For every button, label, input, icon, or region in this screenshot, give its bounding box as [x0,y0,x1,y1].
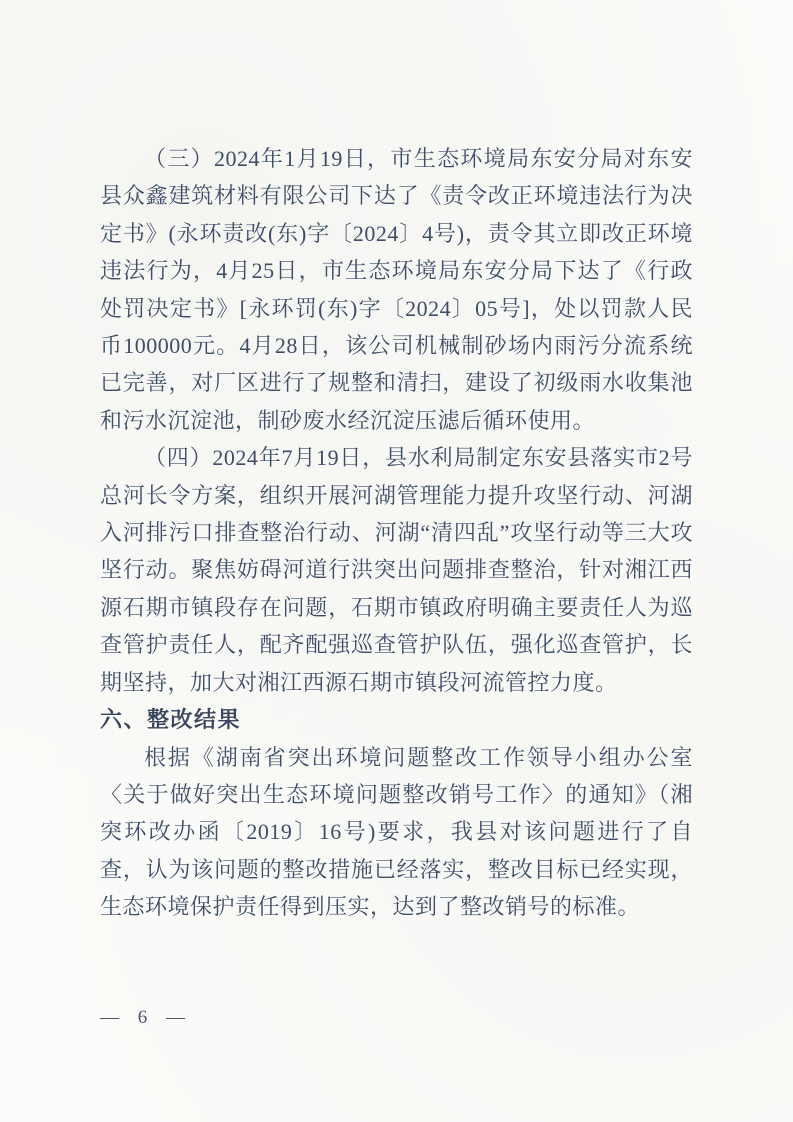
paragraph-conclusion: 根据《湖南省突出环境问题整改工作领导小组办公室〈关于做好突出生态环境问题整改销号… [100,739,693,926]
page-number: — 6 — [100,1007,192,1028]
page-footer: — 6 — [100,1006,192,1030]
section-heading-rectification-result: 六、整改结果 [100,701,693,738]
document-body: （三）2024年1月19日，市生态环境局东安分局对东安县众鑫建筑材料有限公司下达… [100,140,693,926]
document-page: （三）2024年1月19日，市生态环境局东安分局对东安县众鑫建筑材料有限公司下达… [0,0,793,1122]
paragraph-item-3: （三）2024年1月19日，市生态环境局东安分局对东安县众鑫建筑材料有限公司下达… [100,140,693,439]
paragraph-item-4: （四）2024年7月19日，县水利局制定东安县落实市2号总河长令方案，组织开展河… [100,439,693,701]
